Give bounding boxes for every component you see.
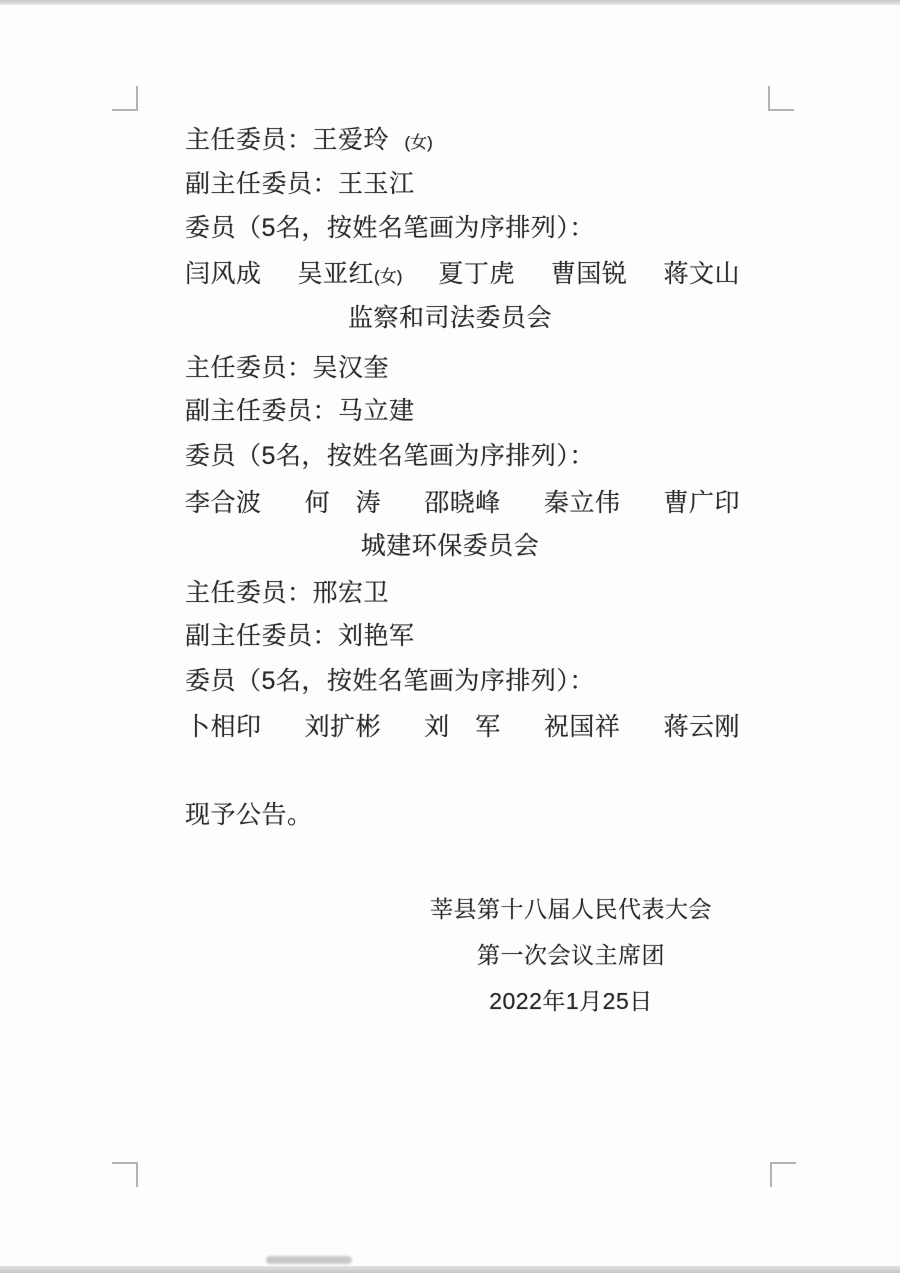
photo-artifact-smudge	[266, 1256, 352, 1264]
section1-vice-chairman-line: 副主任委员：王玉江	[185, 170, 415, 199]
committee-heading-urban-environment: 城建环保委员会	[0, 532, 900, 561]
member-name-text: 吴亚红	[298, 260, 375, 288]
section2-members-label: 委员（5名，按姓名笔画为序排列）：	[185, 442, 595, 471]
member-name: 吴亚红(女)	[298, 260, 403, 289]
member-name: 祝国祥	[544, 713, 621, 742]
document-page: 主任委员：王爱玲 (女) 副主任委员：王玉江 委员（5名，按姓名笔画为序排列）：…	[0, 0, 900, 1273]
member-name: 刘 军	[424, 713, 501, 742]
signature-org-line-1: 莘县第十八届人民代表大会	[421, 896, 721, 924]
member-name: 何 涛	[305, 489, 382, 518]
crop-mark-bottom-left	[112, 1162, 138, 1187]
signature-date: 2022年1月25日	[421, 988, 721, 1016]
section1-members-label: 委员（5名，按姓名笔画为序排列）：	[185, 214, 595, 243]
chairman-text: 主任委员：王爱玲	[185, 126, 389, 154]
member-name: 李合波	[185, 489, 262, 518]
member-name: 秦立伟	[544, 489, 621, 518]
member-name: 蒋文山	[663, 260, 740, 289]
section3-chairman-line: 主任委员：邢宏卫	[185, 579, 389, 608]
crop-mark-bottom-right	[770, 1162, 796, 1187]
member-name: 卜相印	[185, 713, 262, 742]
crop-mark-top-right	[768, 86, 794, 111]
crop-mark-top-left	[112, 86, 138, 111]
signature-org-line-2: 第一次会议主席团	[421, 942, 721, 970]
member-name: 曹广印	[663, 489, 740, 518]
closing-line: 现予公告。	[185, 801, 313, 830]
photo-edge-top	[0, 0, 900, 5]
section3-vice-chairman-line: 副主任委员：刘艳军	[185, 622, 415, 651]
member-name: 闫风成	[185, 260, 262, 289]
gender-note: (女)	[404, 133, 432, 152]
section3-members-label: 委员（5名，按姓名笔画为序排列）：	[185, 667, 595, 696]
photo-edge-bottom	[0, 1266, 900, 1273]
section2-members-row: 李合波 何 涛 邵晓峰 秦立伟 曹广印	[185, 489, 740, 518]
committee-heading-supervision-justice: 监察和司法委员会	[0, 304, 900, 333]
section1-members-row: 闫风成 吴亚红(女) 夏丁虎 曹国锐 蒋文山	[185, 260, 740, 289]
member-name: 夏丁虎	[438, 260, 515, 289]
section2-vice-chairman-line: 副主任委员：马立建	[185, 397, 415, 426]
member-name: 蒋云刚	[663, 713, 740, 742]
section1-chairman-line: 主任委员：王爱玲 (女)	[185, 126, 433, 155]
member-name: 邵晓峰	[424, 489, 501, 518]
gender-note: (女)	[374, 267, 402, 286]
member-name: 刘扩彬	[305, 713, 382, 742]
section3-members-row: 卜相印 刘扩彬 刘 军 祝国祥 蒋云刚	[185, 713, 740, 742]
section2-chairman-line: 主任委员：吴汉奎	[185, 354, 389, 383]
member-name: 曹国锐	[551, 260, 628, 289]
